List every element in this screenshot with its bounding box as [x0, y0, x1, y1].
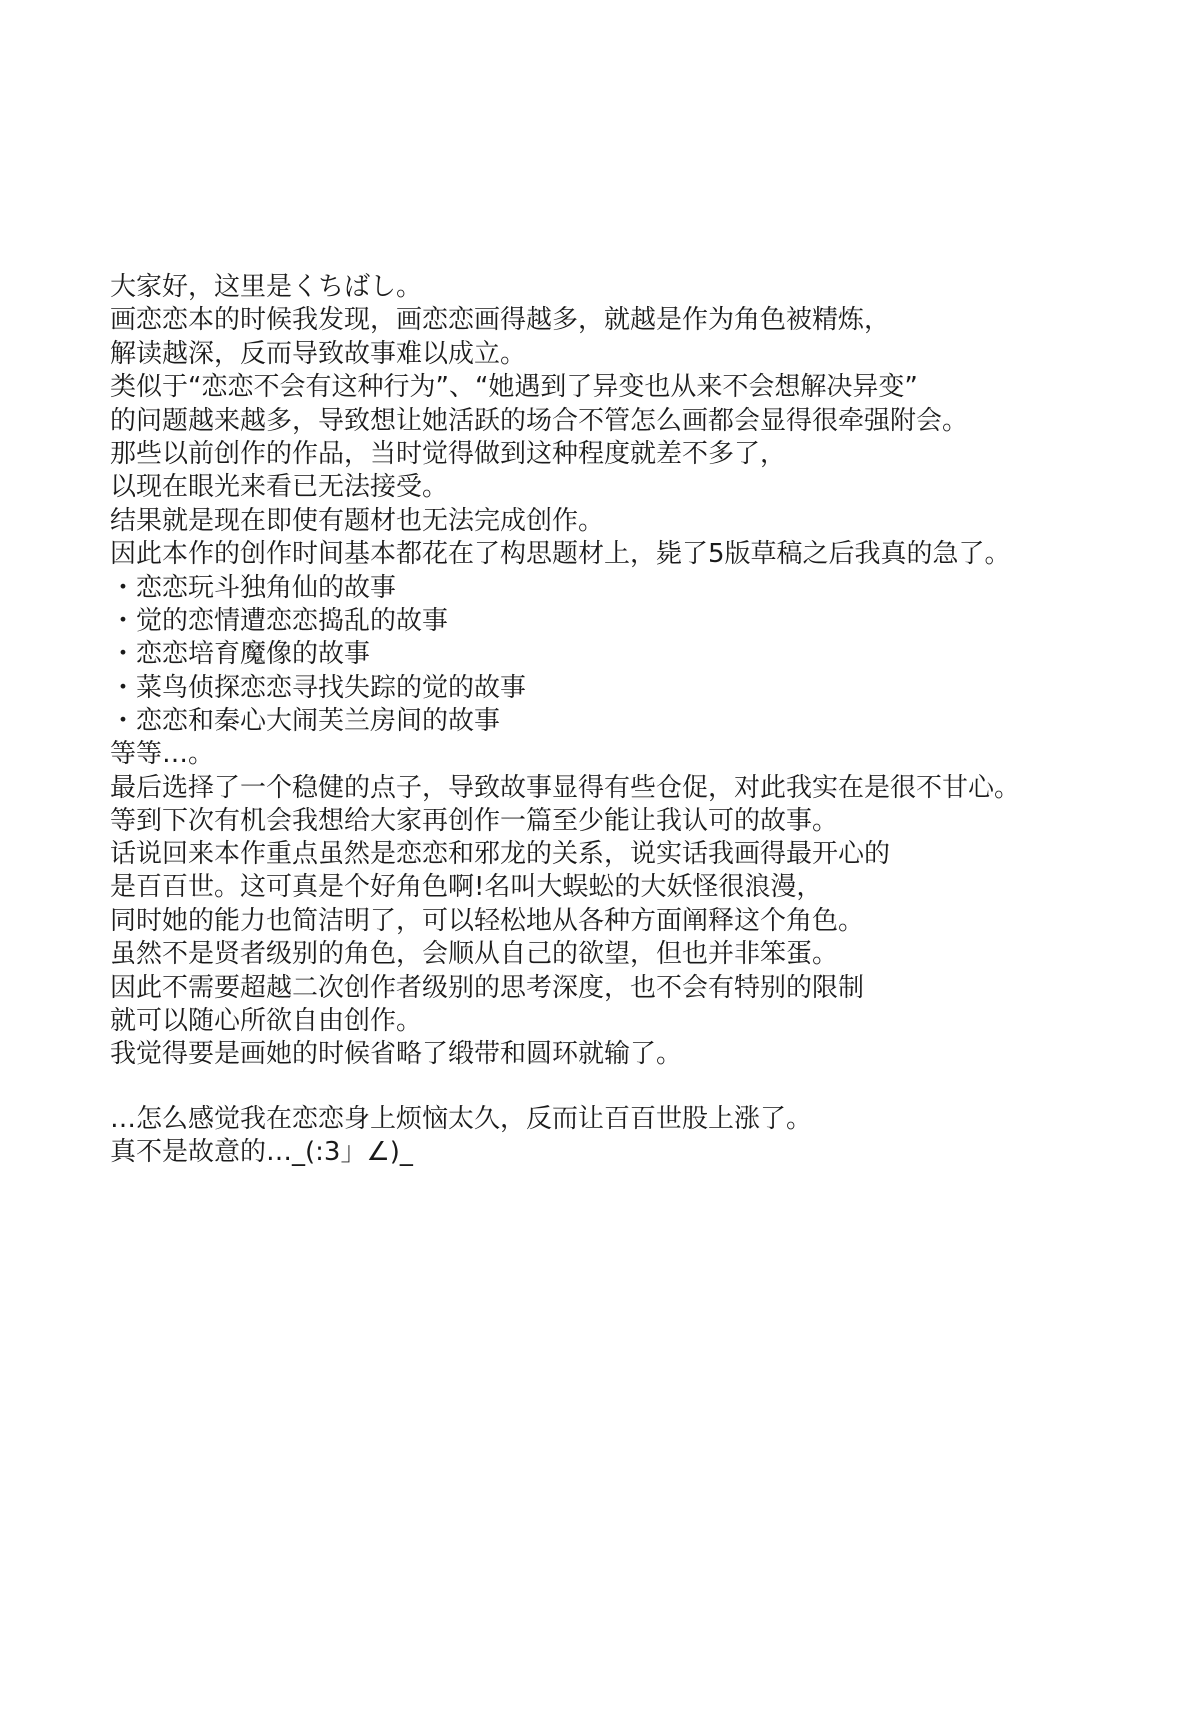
text-line: 因此本作的创作时间基本都花在了构思题材上，毙了5版草稿之后我真的急了。 [110, 538, 1190, 571]
text-line: 是百百世。这可真是个好角色啊!名叫大蜈蚣的大妖怪很浪漫， [110, 871, 1190, 904]
text-line: 那些以前创作的作品，当时觉得做到这种程度就差不多了， [110, 438, 1190, 471]
text-line: …怎么感觉我在恋恋身上烦恼太久，反而让百百世股上涨了。 [110, 1103, 1190, 1136]
paragraph-intro: 大家好，这里是くちばし。 画恋恋本的时候我发现，画恋恋画得越多，就越是作为角色被… [110, 271, 1190, 839]
text-line: 话说回来本作重点虽然是恋恋和邪龙的关系，说实话我画得最开心的 [110, 838, 1190, 871]
text-line: 同时她的能力也简洁明了，可以轻松地从各种方面阐释这个角色。 [110, 905, 1190, 938]
text-line: 等到下次有机会我想给大家再创作一篇至少能让我认可的故事。 [110, 805, 1190, 838]
paragraph-momoyo: 话说回来本作重点虽然是恋恋和邪龙的关系，说实话我画得最开心的 是百百世。这可真是… [110, 838, 1190, 1072]
list-item: ・菜鸟侦探恋恋寻找失踪的觉的故事 [110, 672, 1190, 705]
text-line: 我觉得要是画她的时候省略了缎带和圆环就输了。 [110, 1038, 1190, 1071]
list-item: ・恋恋玩斗独角仙的故事 [110, 572, 1190, 605]
text-line: 以现在眼光来看已无法接受。 [110, 471, 1190, 504]
text-line: 大家好，这里是くちばし。 [110, 271, 1190, 304]
list-item: ・恋恋培育魔像的故事 [110, 638, 1190, 671]
text-line: 因此不需要超越二次创作者级别的思考深度，也不会有特别的限制 [110, 972, 1190, 1005]
text-line: 结果就是现在即使有题材也无法完成创作。 [110, 505, 1190, 538]
list-item: ・觉的恋情遭恋恋捣乱的故事 [110, 605, 1190, 638]
text-line: 虽然不是贤者级别的角色，会顺从自己的欲望，但也并非笨蛋。 [110, 938, 1190, 971]
text-line: 就可以随心所欲自由创作。 [110, 1005, 1190, 1038]
paragraph-closing: …怎么感觉我在恋恋身上烦恼太久，反而让百百世股上涨了。 真不是故意的…_(:3」… [110, 1103, 1190, 1170]
list-item: ・恋恋和秦心大闹芙兰房间的故事 [110, 705, 1190, 738]
text-line: 类似于“恋恋不会有这种行为”、“她遇到了异变也从来不会想解决异变” [110, 371, 1190, 404]
text-line: 真不是故意的…_(:3」∠)_ [110, 1136, 1190, 1169]
afterword-page: 大家好，这里是くちばし。 画恋恋本的时候我发现，画恋恋画得越多，就越是作为角色被… [0, 0, 1200, 1734]
text-line: 等等…。 [110, 738, 1190, 771]
text-line: 的问题越来越多，导致想让她活跃的场合不管怎么画都会显得很牵强附会。 [110, 405, 1190, 438]
text-line: 解读越深，反而导致故事难以成立。 [110, 338, 1190, 371]
text-line: 最后选择了一个稳健的点子，导致故事显得有些仓促，对此我实在是很不甘心。 [110, 772, 1190, 805]
text-line: 画恋恋本的时候我发现，画恋恋画得越多，就越是作为角色被精炼， [110, 304, 1190, 337]
